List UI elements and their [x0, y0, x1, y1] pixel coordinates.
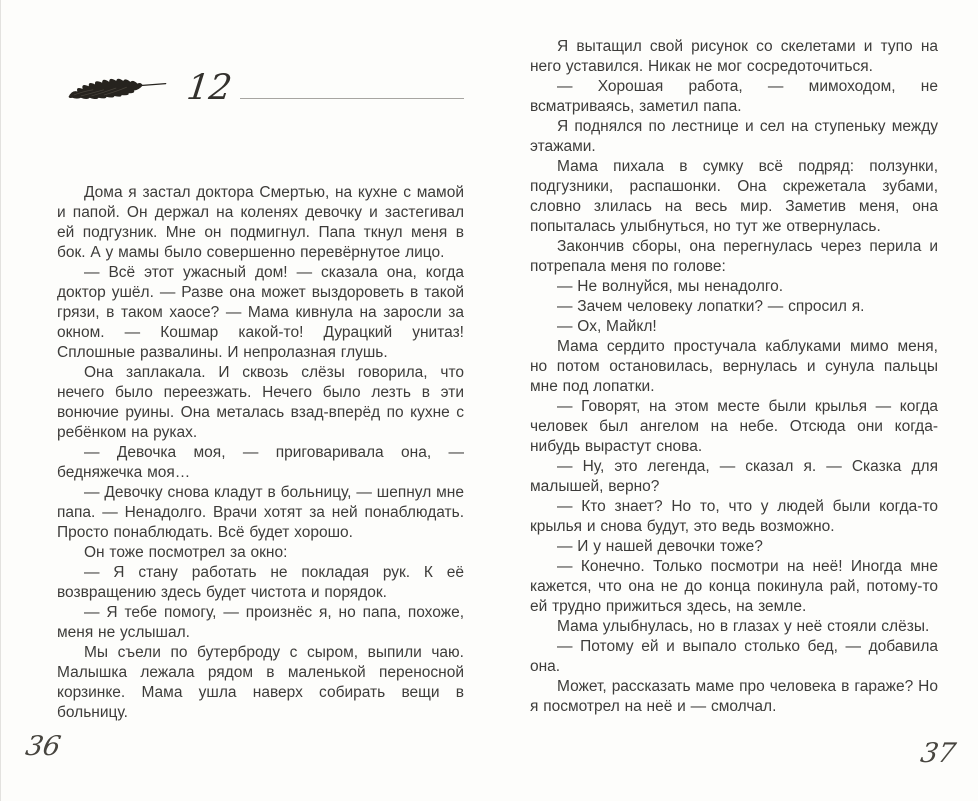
paragraph: — Я стану работать не покладая рук. К её… [57, 563, 464, 603]
paragraph: Дома я застал доктора Смертью, на кухне … [57, 183, 464, 263]
feather-icon [65, 72, 171, 104]
paragraph: Я вытащил свой рисунок со скелетами и ту… [530, 37, 938, 77]
chapter-number: 12 [185, 68, 234, 108]
paragraph: — Говорят, на этом месте были крылья — к… [530, 397, 938, 457]
paragraph: Он тоже посмотрел за окно: [57, 543, 464, 563]
chapter-rule [240, 98, 464, 99]
right-page-text: Я вытащил свой рисунок со скелетами и ту… [530, 37, 938, 717]
paragraph: — Потому ей и выпало столько бед, — доба… [530, 637, 938, 677]
paragraph: — Не волнуйся, мы ненадолго. [530, 277, 938, 297]
paragraph: Закончив сборы, она перегнулась через пе… [530, 237, 938, 277]
chapter-heading: 12 [57, 62, 464, 108]
book-spread: 12 Дома я застал доктора Смертью, на кух… [0, 0, 978, 801]
paragraph: Может, рассказать маме про человека в га… [530, 677, 938, 717]
paragraph: — Хорошая работа, — мимоходом, не всматр… [530, 77, 938, 117]
paragraph: — Конечно. Только посмотри на неё! Иногд… [530, 557, 938, 617]
paragraph: — Девочку снова кладут в больницу, — шеп… [57, 483, 464, 543]
paragraph: Мама улыбнулась, но в глазах у неё стоял… [530, 617, 938, 637]
paragraph: — Я тебе помогу, — произнёс я, но папа, … [57, 603, 464, 643]
paragraph: Мама сердито простучала каблуками мимо м… [530, 337, 938, 397]
paragraph: Она заплакала. И сквозь слёзы говорила, … [57, 363, 464, 443]
paragraph: Мама пихала в сумку всё подряд: ползунки… [530, 157, 938, 237]
paragraph: Мы съели по бутерброду с сыром, выпили ч… [57, 643, 464, 723]
paragraph: — Всё этот ужасный дом! — сказала она, к… [57, 263, 464, 363]
paragraph: — Ох, Майкл! [530, 317, 938, 337]
paragraph: — Девочка моя, — приговаривала она, — бе… [57, 443, 464, 483]
paragraph: Я поднялся по лестнице и сел на ступеньк… [530, 117, 938, 157]
paragraph: — Ну, это легенда, — сказал я. — Сказка … [530, 457, 938, 497]
paragraph: — И у нашей девочки тоже? [530, 537, 938, 557]
paragraph: — Зачем человеку лопатки? — спросил я. [530, 297, 938, 317]
paragraph: — Кто знает? Но то, что у людей были ког… [530, 497, 938, 537]
left-page-text: Дома я застал доктора Смертью, на кухне … [57, 183, 464, 723]
page-number-right: 37 [918, 738, 958, 769]
page-number-left: 36 [23, 731, 63, 762]
